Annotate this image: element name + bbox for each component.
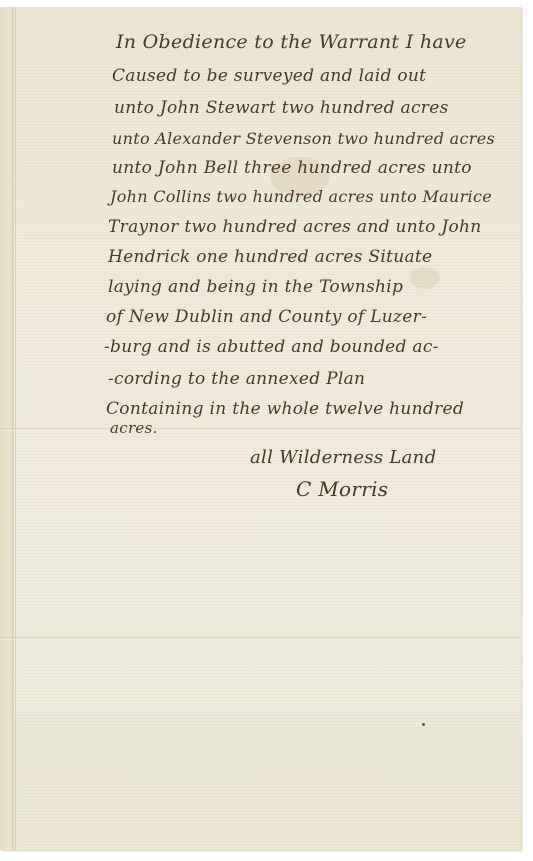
text-line-6: John Collins two hundred acres unto Maur… — [110, 187, 492, 206]
text-line-13: Containing in the whole twelve hundred — [106, 399, 464, 419]
text-line-14: acres. — [110, 419, 158, 437]
manuscript-page: In Obedience to the Warrant I have Cause… — [0, 7, 521, 850]
text-line-7: Traynor two hundred acres and unto John — [108, 217, 482, 237]
text-line-8: Hendrick one hundred acres Situate — [108, 247, 432, 267]
wilderness-note: all Wilderness Land — [250, 447, 436, 468]
text-line-3: unto John Stewart two hundred acres — [114, 98, 449, 118]
text-line-2: Caused to be surveyed and laid out — [112, 66, 426, 86]
text-line-4: unto Alexander Stevenson two hundred acr… — [112, 129, 495, 148]
horizontal-fold-crease-upper — [0, 428, 521, 431]
text-line-10: of New Dublin and County of Luzer- — [106, 307, 427, 327]
text-line-11: -burg and is abutted and bounded ac- — [104, 337, 439, 357]
surveyor-signature: C Morris — [296, 477, 388, 501]
text-line-5: unto John Bell three hundred acres unto — [112, 158, 472, 178]
paper-stain — [410, 267, 440, 289]
ink-speck — [422, 723, 425, 726]
text-line-12: -cording to the annexed Plan — [108, 369, 365, 389]
text-line-9: laying and being in the Township — [108, 277, 403, 297]
horizontal-fold-crease-lower — [0, 637, 521, 640]
text-line-1: In Obedience to the Warrant I have — [116, 31, 467, 53]
document-scan: In Obedience to the Warrant I have Cause… — [0, 0, 533, 861]
